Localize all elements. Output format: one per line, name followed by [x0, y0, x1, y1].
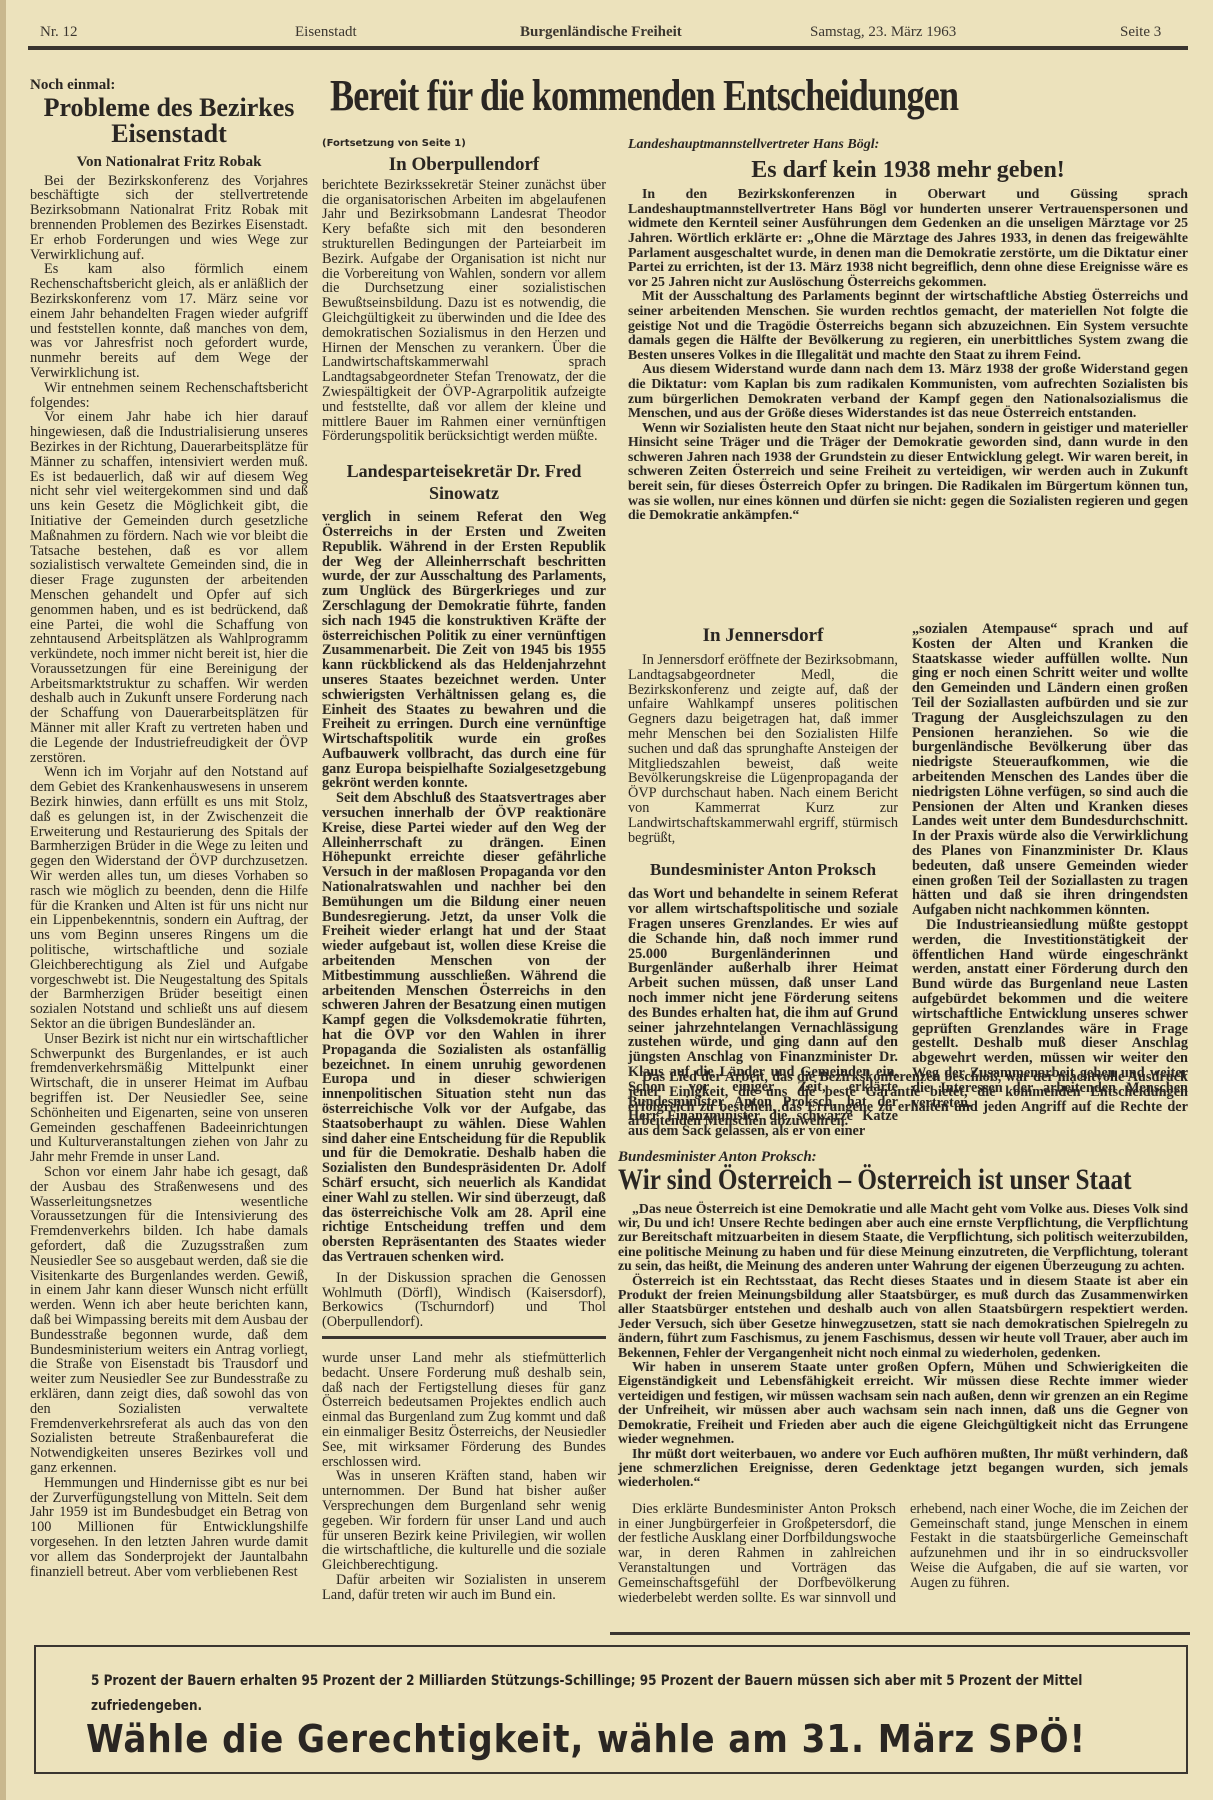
- section-rule: [322, 1336, 606, 1339]
- jennersdorf-heading: In Jennersdorf: [628, 625, 898, 647]
- paragraph: In der Diskussion sprachen die Genossen …: [322, 1271, 606, 1330]
- issue-date: Samstag, 23. März 1963: [810, 24, 956, 41]
- byline: Von Nationalrat Fritz Robak: [30, 155, 308, 170]
- paragraph: wurde unser Land mehr als stiefmütterlic…: [322, 1351, 606, 1469]
- bottom-rule: [610, 1632, 1190, 1635]
- paragraph: Was in unseren Kräften stand, haben wir …: [322, 1469, 606, 1573]
- left-title: Probleme des Bezirkes Eisenstadt: [30, 95, 308, 147]
- boegl-title: Es darf kein 1938 mehr geben!: [628, 163, 1188, 178]
- left-kicker: Noch einmal:: [30, 78, 308, 93]
- masthead: Nr. 12 Eisenstadt Burgenländische Freihe…: [40, 20, 1185, 44]
- paragraph: Wenn wir Sozialisten heute den Staat nic…: [628, 421, 1188, 523]
- paragraph: Dafür arbeiten wir Sozialisten in unsere…: [322, 1573, 606, 1603]
- boegl-article: Landeshauptmannstellvertreter Hans Bögl:…: [628, 138, 1188, 523]
- paragraph: Österreich ist ein Rechtsstaat, das Rech…: [618, 1274, 1188, 1360]
- paragraph: Mit der Ausschaltung des Parlaments begi…: [628, 289, 1188, 362]
- main-headline: Bereit für die kommenden Entscheidungen: [330, 70, 994, 121]
- jennersdorf-col1: In Jennersdorf In Jennersdorf eröffnete …: [628, 615, 898, 1139]
- masthead-rule: [28, 46, 1188, 50]
- paragraph: Ihr müßt dort weiterbauen, wo andere vor…: [618, 1447, 1188, 1490]
- middle-column: (Fortsetzung von Seite 1) In Oberpullend…: [322, 137, 606, 1603]
- paragraph: Aus diesem Widerstand wurde dann nach de…: [628, 362, 1188, 420]
- left-article: Noch einmal: Probleme des Bezirkes Eisen…: [30, 78, 308, 1579]
- paragraph: Bei der Bezirkskonferenz des Vorjahres b…: [30, 174, 308, 263]
- page-number: Seite 3: [1120, 24, 1161, 41]
- advertisement-box: 5 Prozent der Bauern erhalten 95 Prozent…: [34, 1645, 1188, 1774]
- proksch-closing: Dies erklärte Bundesminister Anton Proks…: [618, 1502, 1188, 1606]
- paragraph: „sozialen Atempause“ sprach und auf Kost…: [912, 622, 1188, 918]
- paragraph: Seit dem Abschluß des Staatsvertrages ab…: [322, 791, 606, 1265]
- jennersdorf-col2: „sozialen Atempause“ sprach und auf Kost…: [912, 622, 1188, 1110]
- page-edge: [0, 0, 6, 1800]
- boegl-body: In den Bezirkskonferenzen in Oberwart un…: [628, 187, 1188, 523]
- sinowatz-heading: Landesparteisekretär Dr. Fred Sinowatz: [322, 460, 606, 504]
- proksch-article: Bundesminister Anton Proksch: Wir sind Ö…: [618, 1150, 1188, 1605]
- paragraph: In Jennersdorf eröffnete der Bezirksobma…: [628, 653, 898, 845]
- closing-paragraph: Das Lied der Arbeit, das die Bezirkskonf…: [628, 1070, 1188, 1129]
- proksch-title: Wir sind Österreich – Österreich ist uns…: [618, 1173, 1097, 1188]
- paragraph: Wir haben in unserem Staate unter großen…: [618, 1360, 1188, 1446]
- issue-number: Nr. 12: [40, 24, 78, 41]
- ad-slogan: Wähle die Gerechtigkeit, wähle am 31. Mä…: [86, 1717, 1086, 1761]
- paragraph: Hemmungen und Hindernisse gibt es nur be…: [30, 1476, 308, 1580]
- paragraph: „Das neue Österreich ist eine Demokratie…: [618, 1202, 1188, 1274]
- sinowatz-body: verglich in seinem Referat den Weg Öster…: [322, 510, 606, 1265]
- continued-note: (Fortsetzung von Seite 1): [322, 137, 606, 152]
- boegl-kicker: Landeshauptmannstellvertreter Hans Bögl:: [628, 138, 1188, 153]
- paragraph: Unser Bezirk ist nicht nur ein wirtschaf…: [30, 1032, 308, 1165]
- paragraph: Es kam also förmlich einem Rechenschafts…: [30, 262, 308, 380]
- oberpullendorf-heading: In Oberpullendorf: [322, 154, 606, 176]
- paragraph: verglich in seinem Referat den Weg Öster…: [322, 510, 606, 791]
- paragraph: In den Bezirkskonferenzen in Oberwart un…: [628, 187, 1188, 289]
- paragraph: berichtete Bezirkssekretär Steiner zunäc…: [322, 178, 606, 444]
- paragraph: Dies erklärte Bundesminister Anton Proks…: [618, 1502, 1188, 1606]
- proksch-subheading: Bundesminister Anton Proksch: [628, 859, 898, 881]
- ad-text: 5 Prozent der Bauern erhalten 95 Prozent…: [91, 1669, 1175, 1719]
- paragraph: Schon vor einem Jahr habe ich gesagt, da…: [30, 1165, 308, 1476]
- left-body: Bei der Bezirkskonferenz des Vorjahres b…: [30, 174, 308, 1580]
- jennersdorf-body: In Jennersdorf eröffnete der Bezirksobma…: [628, 653, 898, 845]
- discussion-body: In der Diskussion sprachen die Genossen …: [322, 1271, 606, 1330]
- paragraph: Wir entnehmen seinem Rechenschaftsberich…: [30, 381, 308, 411]
- paragraph: Wenn ich im Vorjahr auf den Notstand auf…: [30, 765, 308, 1031]
- proksch-quote: „Das neue Österreich ist eine Demokratie…: [618, 1202, 1188, 1490]
- paragraph: Vor einem Jahr habe ich hier darauf hing…: [30, 410, 308, 765]
- oberpullendorf-body: berichtete Bezirkssekretär Steiner zunäc…: [322, 178, 606, 444]
- closing-text: Das Lied der Arbeit, das die Bezirkskonf…: [628, 1070, 1188, 1129]
- newspaper-name: Burgenländische Freiheit: [520, 24, 682, 41]
- place: Eisenstadt: [295, 24, 357, 41]
- left-article-continuation: wurde unser Land mehr als stiefmütterlic…: [322, 1351, 606, 1603]
